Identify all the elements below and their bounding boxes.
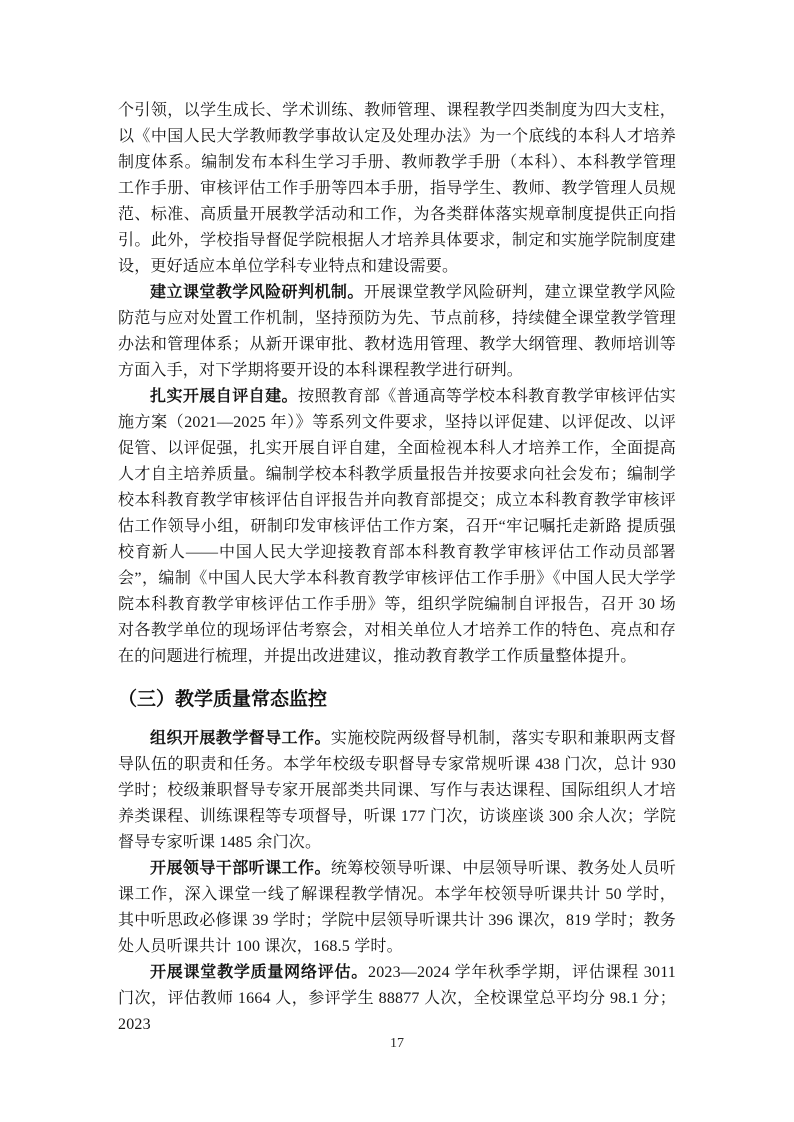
- paragraph-online-evaluation: 开展课堂教学质量网络评估。2023—2024 学年秋季学期，评估课程 3011 …: [118, 960, 676, 1038]
- paragraph-text: 实施校院两级督导机制，落实专职和兼职两支督导队伍的职责和任务。本学年校级专职督导…: [118, 730, 676, 851]
- page-body: 个引领，以学生成长、学术训练、教师管理、课程教学四类制度为四大支柱，以《中国人民…: [118, 98, 676, 1038]
- paragraph-text: 按照教育部《普通高等学校本科教育教学审核评估实施方案（2021—2025 年）》…: [118, 388, 676, 665]
- paragraph-leader-class-visits: 开展领导干部听课工作。统筹校领导听课、中层领导听课、教务处人员听课工作，深入课堂…: [118, 856, 676, 960]
- paragraph-continuation: 个引领，以学生成长、学术训练、教师管理、课程教学四类制度为四大支柱，以《中国人民…: [118, 98, 676, 280]
- paragraph-lead: 组织开展教学督导工作。: [150, 730, 331, 747]
- paragraph-risk-mechanism: 建立课堂教学风险研判机制。开展课堂教学风险研判，建立课堂教学风险防范与应对处置工…: [118, 280, 676, 384]
- page-number: 17: [0, 1036, 794, 1052]
- paragraph-lead: 扎实开展自评自建。: [150, 388, 298, 405]
- section-heading: （三）教学质量常态监控: [118, 686, 676, 714]
- paragraph-lead: 开展领导干部听课工作。: [150, 860, 331, 877]
- paragraph-supervision: 组织开展教学督导工作。实施校院两级督导机制，落实专职和兼职两支督导队伍的职责和任…: [118, 726, 676, 856]
- paragraph-lead: 开展课堂教学质量网络评估。: [150, 964, 368, 981]
- paragraph-self-evaluation: 扎实开展自评自建。按照教育部《普通高等学校本科教育教学审核评估实施方案（2021…: [118, 384, 676, 670]
- paragraph-lead: 建立课堂教学风险研判机制。: [150, 284, 364, 301]
- paragraph-text: 个引领，以学生成长、学术训练、教师管理、课程教学四类制度为四大支柱，以《中国人民…: [118, 102, 676, 275]
- document-page: 个引领，以学生成长、学术训练、教师管理、课程教学四类制度为四大支柱，以《中国人民…: [0, 0, 794, 1122]
